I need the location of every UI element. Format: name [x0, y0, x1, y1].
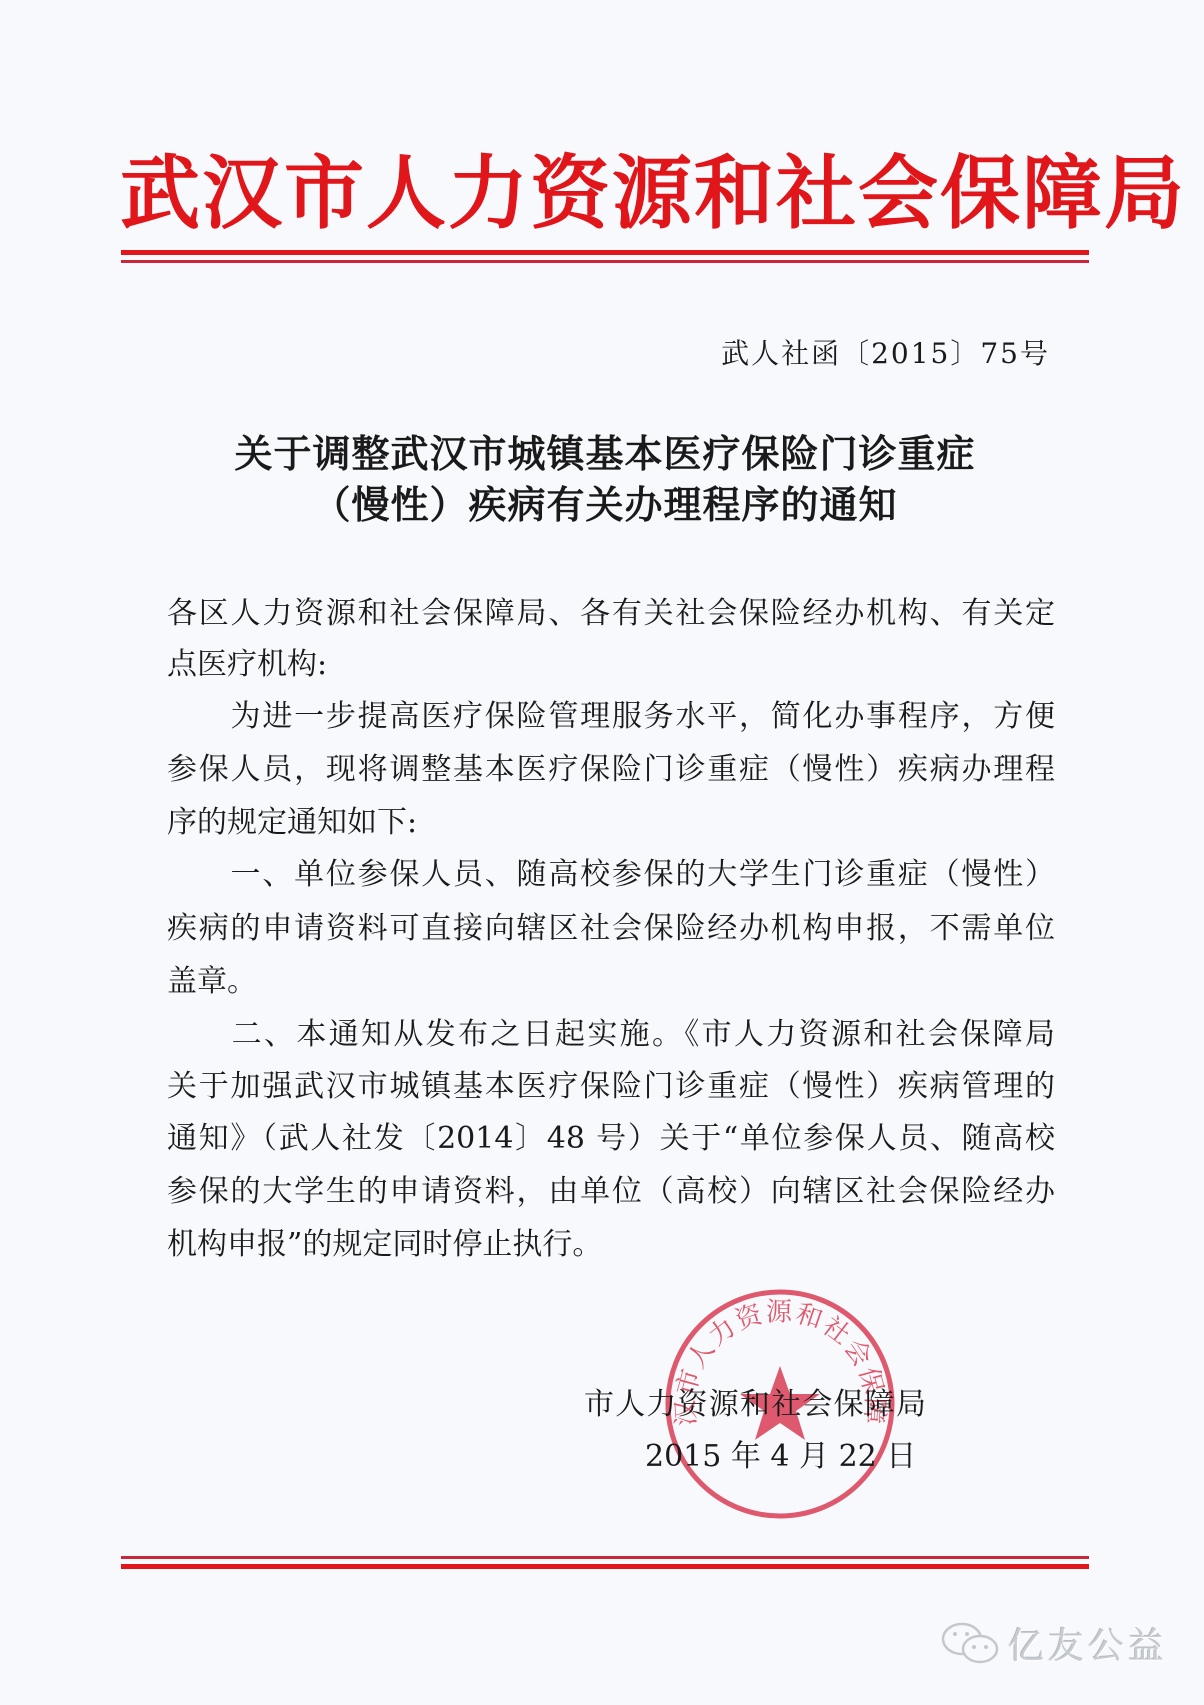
signature-issuer: 市人力资源和社会保障局 [584, 1385, 926, 1425]
body-line: 通知》（武人社发〔2014〕48 号）关于“单位参保人员、随高校 [167, 1119, 1055, 1159]
body-line: 二、本通知从发布之日起实施。《市人力资源和社会保障局 [167, 1015, 1055, 1055]
body-line: 机构申报”的规定同时停止执行。 [167, 1225, 1055, 1265]
body-line: 点医疗机构: [167, 645, 1055, 685]
body-line: 一、单位参保人员、随高校参保的大学生门诊重症（慢性） [167, 855, 1055, 895]
body-line: 参保人员，现将调整基本医疗保险门诊重症（慢性）疾病办理程 [167, 750, 1055, 790]
letterhead-rule-thick [121, 250, 1089, 255]
body-line: 为进一步提高医疗保险管理服务水平，简化办事程序，方便 [167, 697, 1055, 737]
document-number: 武人社函〔2015〕75号 [721, 334, 1050, 374]
body-line: 参保的大学生的申请资料，由单位（高校）向辖区社会保险经办 [167, 1172, 1055, 1212]
subject-line-1: 关于调整武汉市城镇基本医疗保险门诊重症 [120, 429, 1090, 479]
watermark: 亿友公益 [940, 1618, 1168, 1669]
body-line: 疾病的申请资料可直接向辖区社会保险经办机构申报，不需单位 [167, 909, 1055, 949]
subject-line-2: （慢性）疾病有关办理程序的通知 [120, 480, 1090, 530]
letterhead-rule-thin [121, 260, 1089, 263]
footer-rule-thick [121, 1564, 1089, 1569]
body-line: 关于加强武汉市城镇基本医疗保险门诊重症（慢性）疾病管理的 [167, 1067, 1055, 1107]
footer-rule-thin [121, 1556, 1089, 1559]
body-line: 盖章。 [167, 962, 1055, 1002]
issuer-letterhead: 武汉市人力资源和社会保障局 [120, 146, 1090, 242]
watermark-text: 亿友公益 [1008, 1618, 1168, 1669]
signature-date: 2015 年 4 月 22 日 [645, 1437, 916, 1477]
document-page: 武汉市人力资源和社会保障局 武人社函〔2015〕75号 关于调整武汉市城镇基本医… [0, 0, 1204, 1705]
body-line: 各区人力资源和社会保障局、各有关社会保险经办机构、有关定 [167, 594, 1055, 634]
wechat-icon [940, 1621, 1000, 1667]
body-line: 序的规定通知如下: [167, 803, 1055, 843]
